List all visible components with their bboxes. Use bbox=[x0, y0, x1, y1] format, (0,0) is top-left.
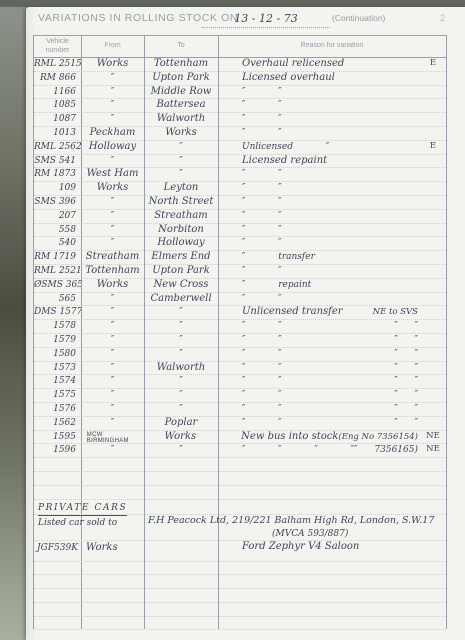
reason-cell: ″ repaint bbox=[218, 279, 446, 292]
reason-cell: ″ ″ bbox=[218, 113, 446, 126]
to-cell: Works bbox=[144, 127, 218, 140]
reason-text: Overhaul relicensed bbox=[218, 58, 418, 71]
from-cell: ″ bbox=[81, 155, 144, 168]
empty-table-row bbox=[34, 603, 446, 617]
reason-text: ″ ″ bbox=[218, 86, 418, 99]
reason-cell: ″ ″ bbox=[218, 86, 446, 99]
reason-mark bbox=[420, 265, 446, 278]
table-row: 1596″″″ ″ ″ ″″ 7356165)NE bbox=[34, 444, 446, 458]
from-cell: ″ bbox=[81, 210, 144, 223]
reason-cell: ″ ″″ ″ bbox=[218, 320, 446, 333]
reason-cell: ″ ″ bbox=[218, 168, 446, 181]
reason-text: ″ ″ bbox=[218, 265, 418, 278]
to-cell: North Street bbox=[144, 196, 218, 209]
car-from: Works bbox=[86, 542, 118, 554]
to-cell: ″ bbox=[144, 168, 218, 181]
to-cell: Holloway bbox=[144, 237, 218, 250]
reason-mark: NE bbox=[420, 431, 446, 444]
table-row: 1595MCW BIRMINGHAMWorksNew bus into stoc… bbox=[34, 431, 446, 445]
table-row: RML 2562Holloway″Unlicensed ″E bbox=[34, 141, 446, 155]
reason-text: ″ ″ ″ ″ bbox=[218, 444, 354, 457]
private-cars-heading: PRIVATE CARS bbox=[38, 502, 127, 516]
to-cell: Walworth bbox=[144, 113, 218, 126]
to-cell: Upton Park bbox=[144, 72, 218, 85]
to-cell: Middle Row bbox=[144, 86, 218, 99]
reason-mark bbox=[420, 168, 446, 181]
to-cell: Elmers End bbox=[144, 251, 218, 264]
reason-mark bbox=[420, 334, 446, 347]
reason-text: New bus into stock bbox=[217, 431, 338, 444]
continuation-label: (Continuation) bbox=[332, 13, 385, 23]
table-row: RM 1719StreathamElmers End″ transfer bbox=[34, 251, 446, 265]
reason-text: ″ ″ bbox=[218, 224, 418, 237]
scanned-ledger-page: VARIATIONS IN ROLLING STOCK ON 13 - 12 -… bbox=[0, 0, 465, 640]
reason-mark bbox=[420, 86, 446, 99]
reason-text: ″ ″ bbox=[218, 403, 394, 416]
from-cell: West Ham bbox=[81, 168, 144, 181]
reason-text: Licensed overhaul bbox=[218, 72, 418, 85]
table-row: SMS 396″North Street″ ″ bbox=[34, 196, 446, 210]
to-cell: ″ bbox=[144, 334, 218, 347]
reason-cell: Licensed overhaul bbox=[218, 72, 446, 85]
reason-cell: ″ ″ bbox=[218, 196, 446, 209]
header-from: From bbox=[81, 42, 144, 50]
vehicle-number-cell: 109 bbox=[34, 182, 81, 195]
vehicle-number-cell: SMS 541 bbox=[34, 155, 81, 168]
reason-mark bbox=[420, 375, 446, 388]
reason-mark bbox=[420, 113, 446, 126]
table-row: 1166″Middle Row″ ″ bbox=[34, 86, 446, 100]
vehicle-number-cell: RML 2521 bbox=[34, 265, 81, 278]
reason-mark bbox=[420, 403, 446, 416]
from-cell: ″ bbox=[81, 362, 144, 375]
reason-text: ″ ″ bbox=[218, 389, 394, 402]
from-cell: ″ bbox=[81, 320, 144, 333]
reason-note: ″ ″ bbox=[394, 348, 420, 361]
reason-mark bbox=[420, 293, 446, 306]
vehicle-number-cell: 1579 bbox=[34, 334, 81, 347]
reason-text: Licensed repaint bbox=[218, 155, 418, 168]
reason-cell: ″ ″ bbox=[218, 237, 446, 250]
reason-text: ″ ″ bbox=[218, 168, 418, 181]
from-cell: Peckham bbox=[81, 127, 144, 140]
from-cell: ″ bbox=[81, 375, 144, 388]
vehicle-number-cell: RML 2515 bbox=[34, 58, 81, 71]
table-row: DMS 1577″″Unlicensed transferNE to SVS bbox=[34, 306, 446, 320]
empty-table-row bbox=[34, 589, 446, 603]
from-cell: ″ bbox=[81, 293, 144, 306]
reason-cell: ″ ″″ ″ bbox=[218, 348, 446, 361]
to-cell: ″ bbox=[144, 320, 218, 333]
to-cell: Upton Park bbox=[144, 265, 218, 278]
table-row: 565″Camberwell″ ″ bbox=[34, 293, 446, 307]
to-cell: Tottenham bbox=[144, 58, 218, 71]
reason-mark bbox=[420, 251, 446, 264]
reason-text: Unlicensed ″ bbox=[218, 141, 418, 154]
reason-mark bbox=[420, 224, 446, 237]
reason-mark: E bbox=[420, 141, 446, 154]
reason-text: ″ ″ bbox=[218, 375, 394, 388]
to-cell: New Cross bbox=[144, 279, 218, 292]
from-cell: ″ bbox=[81, 224, 144, 237]
table-row: 1579″″″ ″″ ″ bbox=[34, 334, 446, 348]
vehicle-number-cell: 1087 bbox=[34, 113, 81, 126]
vehicle-number-cell: 540 bbox=[34, 237, 81, 250]
reason-cell: ″ ″″ ″ bbox=[218, 417, 446, 430]
reason-note: (Eng No 7356154) bbox=[338, 431, 420, 444]
reason-cell: ″ ″ bbox=[218, 210, 446, 223]
to-cell: Streatham bbox=[144, 210, 218, 223]
to-cell: Leyton bbox=[144, 182, 218, 195]
empty-table-row bbox=[34, 458, 446, 472]
from-cell: ″ bbox=[81, 417, 144, 430]
reason-mark bbox=[420, 389, 446, 402]
table-row: 1013PeckhamWorks″ ″ bbox=[34, 127, 446, 141]
reason-note: NE to SVS bbox=[373, 306, 420, 319]
car-description: Ford Zephyr V4 Saloon bbox=[242, 541, 359, 553]
reason-cell: New bus into stock(Eng No 7356154)NE bbox=[217, 431, 446, 444]
vehicle-number-cell: RML 2562 bbox=[34, 141, 81, 154]
from-cell: ″ bbox=[81, 72, 144, 85]
reason-cell: ″ ″″ ″ bbox=[218, 334, 446, 347]
table-row: 1578″″″ ″″ ″ bbox=[34, 320, 446, 334]
reason-note: ″ 7356165) bbox=[354, 444, 420, 457]
from-cell: ″ bbox=[81, 196, 144, 209]
to-cell: ″ bbox=[144, 306, 218, 319]
date-rule: 13 - 12 - 73 bbox=[202, 9, 330, 28]
page-number: 2 bbox=[440, 13, 445, 23]
reason-mark bbox=[420, 196, 446, 209]
reason-text: ″ ″ bbox=[218, 293, 418, 306]
reason-cell: ″ ″ bbox=[218, 293, 446, 306]
reason-mark bbox=[420, 155, 446, 168]
reason-cell: Licensed repaint bbox=[218, 155, 446, 168]
table-row: 1575″″″ ″″ ″ bbox=[34, 389, 446, 403]
reason-cell: ″ ″ bbox=[218, 182, 446, 195]
from-cell: MCW BIRMINGHAM bbox=[81, 431, 144, 444]
table-row: ØSMS 365WorksNew Cross″ repaint bbox=[34, 279, 446, 293]
reason-note: ″ ″ bbox=[394, 403, 420, 416]
from-cell: ″ bbox=[81, 237, 144, 250]
table-row: 1580″″″ ″″ ″ bbox=[34, 348, 446, 362]
vehicle-number-cell: RM 1719 bbox=[34, 251, 81, 264]
reason-mark bbox=[420, 182, 446, 195]
table-row: 109WorksLeyton″ ″ bbox=[34, 182, 446, 196]
from-cell: ″ bbox=[81, 403, 144, 416]
scan-top-edge bbox=[0, 0, 465, 7]
trailing-empty-rows bbox=[34, 562, 446, 631]
empty-table-row bbox=[34, 486, 446, 500]
reason-text: ″ ″ bbox=[218, 127, 418, 140]
reason-cell: Unlicensed ″E bbox=[218, 141, 446, 154]
vehicle-number-cell: 1085 bbox=[34, 99, 81, 112]
vehicle-number-cell: SMS 396 bbox=[34, 196, 81, 209]
reason-text: ″ ″ bbox=[218, 334, 394, 347]
empty-table-row bbox=[34, 562, 446, 576]
reason-text: ″ ″ bbox=[218, 362, 394, 375]
private-cars-section: PRIVATE CARS Listed car sold to F.H Peac… bbox=[34, 500, 446, 562]
reason-cell: Overhaul relicensedE bbox=[218, 58, 446, 71]
vehicle-number-cell: 1573 bbox=[34, 362, 81, 375]
reason-cell: ″ ″ ″ ″″ 7356165)NE bbox=[218, 444, 446, 457]
reason-cell: Unlicensed transferNE to SVS bbox=[218, 306, 446, 319]
reason-note: ″ ″ bbox=[394, 375, 420, 388]
table-row: 1573″Walworth″ ″″ ″ bbox=[34, 362, 446, 376]
to-cell: Works bbox=[144, 431, 218, 444]
from-cell: ″ bbox=[81, 444, 144, 457]
table-row: 540″Holloway″ ″ bbox=[34, 237, 446, 251]
reason-text: ″ ″ bbox=[218, 320, 394, 333]
table-row: 558″Norbiton″ ″ bbox=[34, 224, 446, 238]
reason-text: ″ ″ bbox=[218, 237, 418, 250]
reason-cell: ″ ″ bbox=[218, 265, 446, 278]
table-row: RM 866″Upton ParkLicensed overhaul bbox=[34, 72, 446, 86]
table-row: 1576″″″ ″″ ″ bbox=[34, 403, 446, 417]
to-cell: Camberwell bbox=[144, 293, 218, 306]
reason-text: ″ transfer bbox=[218, 251, 418, 264]
from-cell: Works bbox=[81, 279, 144, 292]
vehicle-number-cell: RM 1873 bbox=[34, 168, 81, 181]
reason-mark bbox=[420, 279, 446, 292]
vehicle-number-cell: 558 bbox=[34, 224, 81, 237]
from-cell: Streatham bbox=[81, 251, 144, 264]
from-cell: ″ bbox=[81, 306, 144, 319]
from-cell: Holloway bbox=[81, 141, 144, 154]
reason-cell: ″ ″″ ″ bbox=[218, 375, 446, 388]
reason-text: ″ ″ bbox=[218, 210, 418, 223]
reason-mark bbox=[420, 348, 446, 361]
reason-text: ″ ″ bbox=[218, 348, 394, 361]
reason-mark bbox=[420, 362, 446, 375]
reason-text: Unlicensed transfer bbox=[218, 306, 373, 319]
empty-table-row bbox=[34, 472, 446, 486]
vehicle-number-cell: DMS 1577 bbox=[34, 306, 81, 319]
reason-cell: ″ ″″ ″ bbox=[218, 403, 446, 416]
header-to: To bbox=[144, 42, 218, 50]
reason-mark bbox=[420, 320, 446, 333]
table-row: RML 2521TottenhamUpton Park″ ″ bbox=[34, 265, 446, 279]
reason-note: ″ ″ bbox=[394, 417, 420, 430]
paper-sheet: VARIATIONS IN ROLLING STOCK ON 13 - 12 -… bbox=[26, 7, 465, 640]
reason-note: ″ ″ bbox=[394, 362, 420, 375]
table-row: 1085″Battersea″ ″ bbox=[34, 99, 446, 113]
vehicle-number-cell: RM 866 bbox=[34, 72, 81, 85]
reason-cell: ″ ″ bbox=[218, 127, 446, 140]
to-cell: ″ bbox=[144, 348, 218, 361]
reason-mark bbox=[420, 417, 446, 430]
table-row: RML 2515WorksTottenhamOverhaul relicense… bbox=[34, 58, 446, 72]
table-row: 207″Streatham″ ″ bbox=[34, 210, 446, 224]
sale-note-buyer-address: F.H Peacock Ltd, 219/221 Balham High Rd,… bbox=[148, 515, 434, 527]
reason-text: ″ ″ bbox=[218, 113, 418, 126]
table-row: RM 1873West Ham″″ ″ bbox=[34, 168, 446, 182]
from-cell: ″ bbox=[81, 389, 144, 402]
empty-table-row bbox=[34, 575, 446, 589]
empty-table-row bbox=[34, 617, 446, 631]
reason-text: ″ ″ bbox=[218, 196, 418, 209]
table-row: 1087″Walworth″ ″ bbox=[34, 113, 446, 127]
reason-mark bbox=[420, 210, 446, 223]
reason-mark bbox=[420, 127, 446, 140]
reason-cell: ″ ″″ ″ bbox=[218, 389, 446, 402]
to-cell: ″ bbox=[144, 375, 218, 388]
header-vehicle-number: Vehicle number bbox=[34, 38, 81, 54]
vehicle-number-cell: 1013 bbox=[34, 127, 81, 140]
reason-mark bbox=[420, 306, 446, 319]
reason-mark bbox=[420, 237, 446, 250]
vehicle-number-cell: 207 bbox=[34, 210, 81, 223]
header-reason: Reason for variation bbox=[218, 42, 446, 50]
vehicle-number-cell: 1578 bbox=[34, 320, 81, 333]
from-cell: ″ bbox=[81, 348, 144, 361]
vehicle-number-cell: 1575 bbox=[34, 389, 81, 402]
to-cell: ″ bbox=[144, 155, 218, 168]
from-cell: ″ bbox=[81, 334, 144, 347]
reason-note: ″ ″ bbox=[394, 389, 420, 402]
table-rows: RML 2515WorksTottenhamOverhaul relicense… bbox=[34, 58, 446, 500]
from-cell: Tottenham bbox=[81, 265, 144, 278]
reason-text: ″ ″ bbox=[218, 99, 418, 112]
reason-note: ″ ″ bbox=[394, 320, 420, 333]
from-cell: Works bbox=[81, 58, 144, 71]
reason-mark bbox=[420, 72, 446, 85]
reason-cell: ″ transfer bbox=[218, 251, 446, 264]
from-cell: ″ bbox=[81, 99, 144, 112]
vehicle-number-cell: 1166 bbox=[34, 86, 81, 99]
vehicle-number-cell: 565 bbox=[34, 293, 81, 306]
reason-mark: NE bbox=[420, 444, 446, 457]
reason-cell: ″ ″ bbox=[218, 99, 446, 112]
from-cell: Works bbox=[81, 182, 144, 195]
to-cell: ″ bbox=[144, 141, 218, 154]
reason-cell: ″ ″ bbox=[218, 224, 446, 237]
car-registration: JGF539K bbox=[37, 542, 78, 554]
reason-text: ″ repaint bbox=[218, 279, 418, 292]
vehicle-number-cell: 1562 bbox=[34, 417, 81, 430]
table-row: 1562″Poplar″ ″″ ″ bbox=[34, 417, 446, 431]
table-header-row: Vehicle number From To Reason for variat… bbox=[34, 36, 446, 58]
reason-text: ″ ″ bbox=[218, 417, 394, 430]
to-cell: Poplar bbox=[144, 417, 218, 430]
sale-note-left: Listed car sold to bbox=[38, 517, 117, 529]
reason-text: ″ ″ bbox=[218, 182, 418, 195]
table-row: SMS 541″″Licensed repaint bbox=[34, 155, 446, 169]
reason-mark: E bbox=[420, 58, 446, 71]
to-cell: ″ bbox=[144, 389, 218, 402]
vehicle-number-cell: 1576 bbox=[34, 403, 81, 416]
reason-cell: ″ ″″ ″ bbox=[218, 362, 446, 375]
handwritten-date: 13 - 12 - 73 bbox=[234, 12, 297, 25]
to-cell: ″ bbox=[144, 444, 218, 457]
sale-reference: (MVCA 593/887) bbox=[272, 528, 348, 540]
to-cell: Norbiton bbox=[144, 224, 218, 237]
reason-mark bbox=[420, 99, 446, 112]
vehicle-number-cell: 1595 bbox=[34, 431, 81, 444]
vehicle-number-cell: 1596 bbox=[34, 444, 81, 457]
vehicle-number-cell: ØSMS 365 bbox=[34, 279, 81, 292]
from-cell: ″ bbox=[81, 86, 144, 99]
vehicle-number-cell: 1580 bbox=[34, 348, 81, 361]
row-rule bbox=[34, 540, 446, 541]
table-row: 1574″″″ ″″ ″ bbox=[34, 375, 446, 389]
to-cell: Battersea bbox=[144, 99, 218, 112]
reason-note: ″ ″ bbox=[394, 334, 420, 347]
to-cell: Walworth bbox=[144, 362, 218, 375]
vehicle-number-cell: 1574 bbox=[34, 375, 81, 388]
to-cell: ″ bbox=[144, 403, 218, 416]
variations-table: Vehicle number From To Reason for variat… bbox=[33, 35, 447, 629]
from-cell: ″ bbox=[81, 113, 144, 126]
